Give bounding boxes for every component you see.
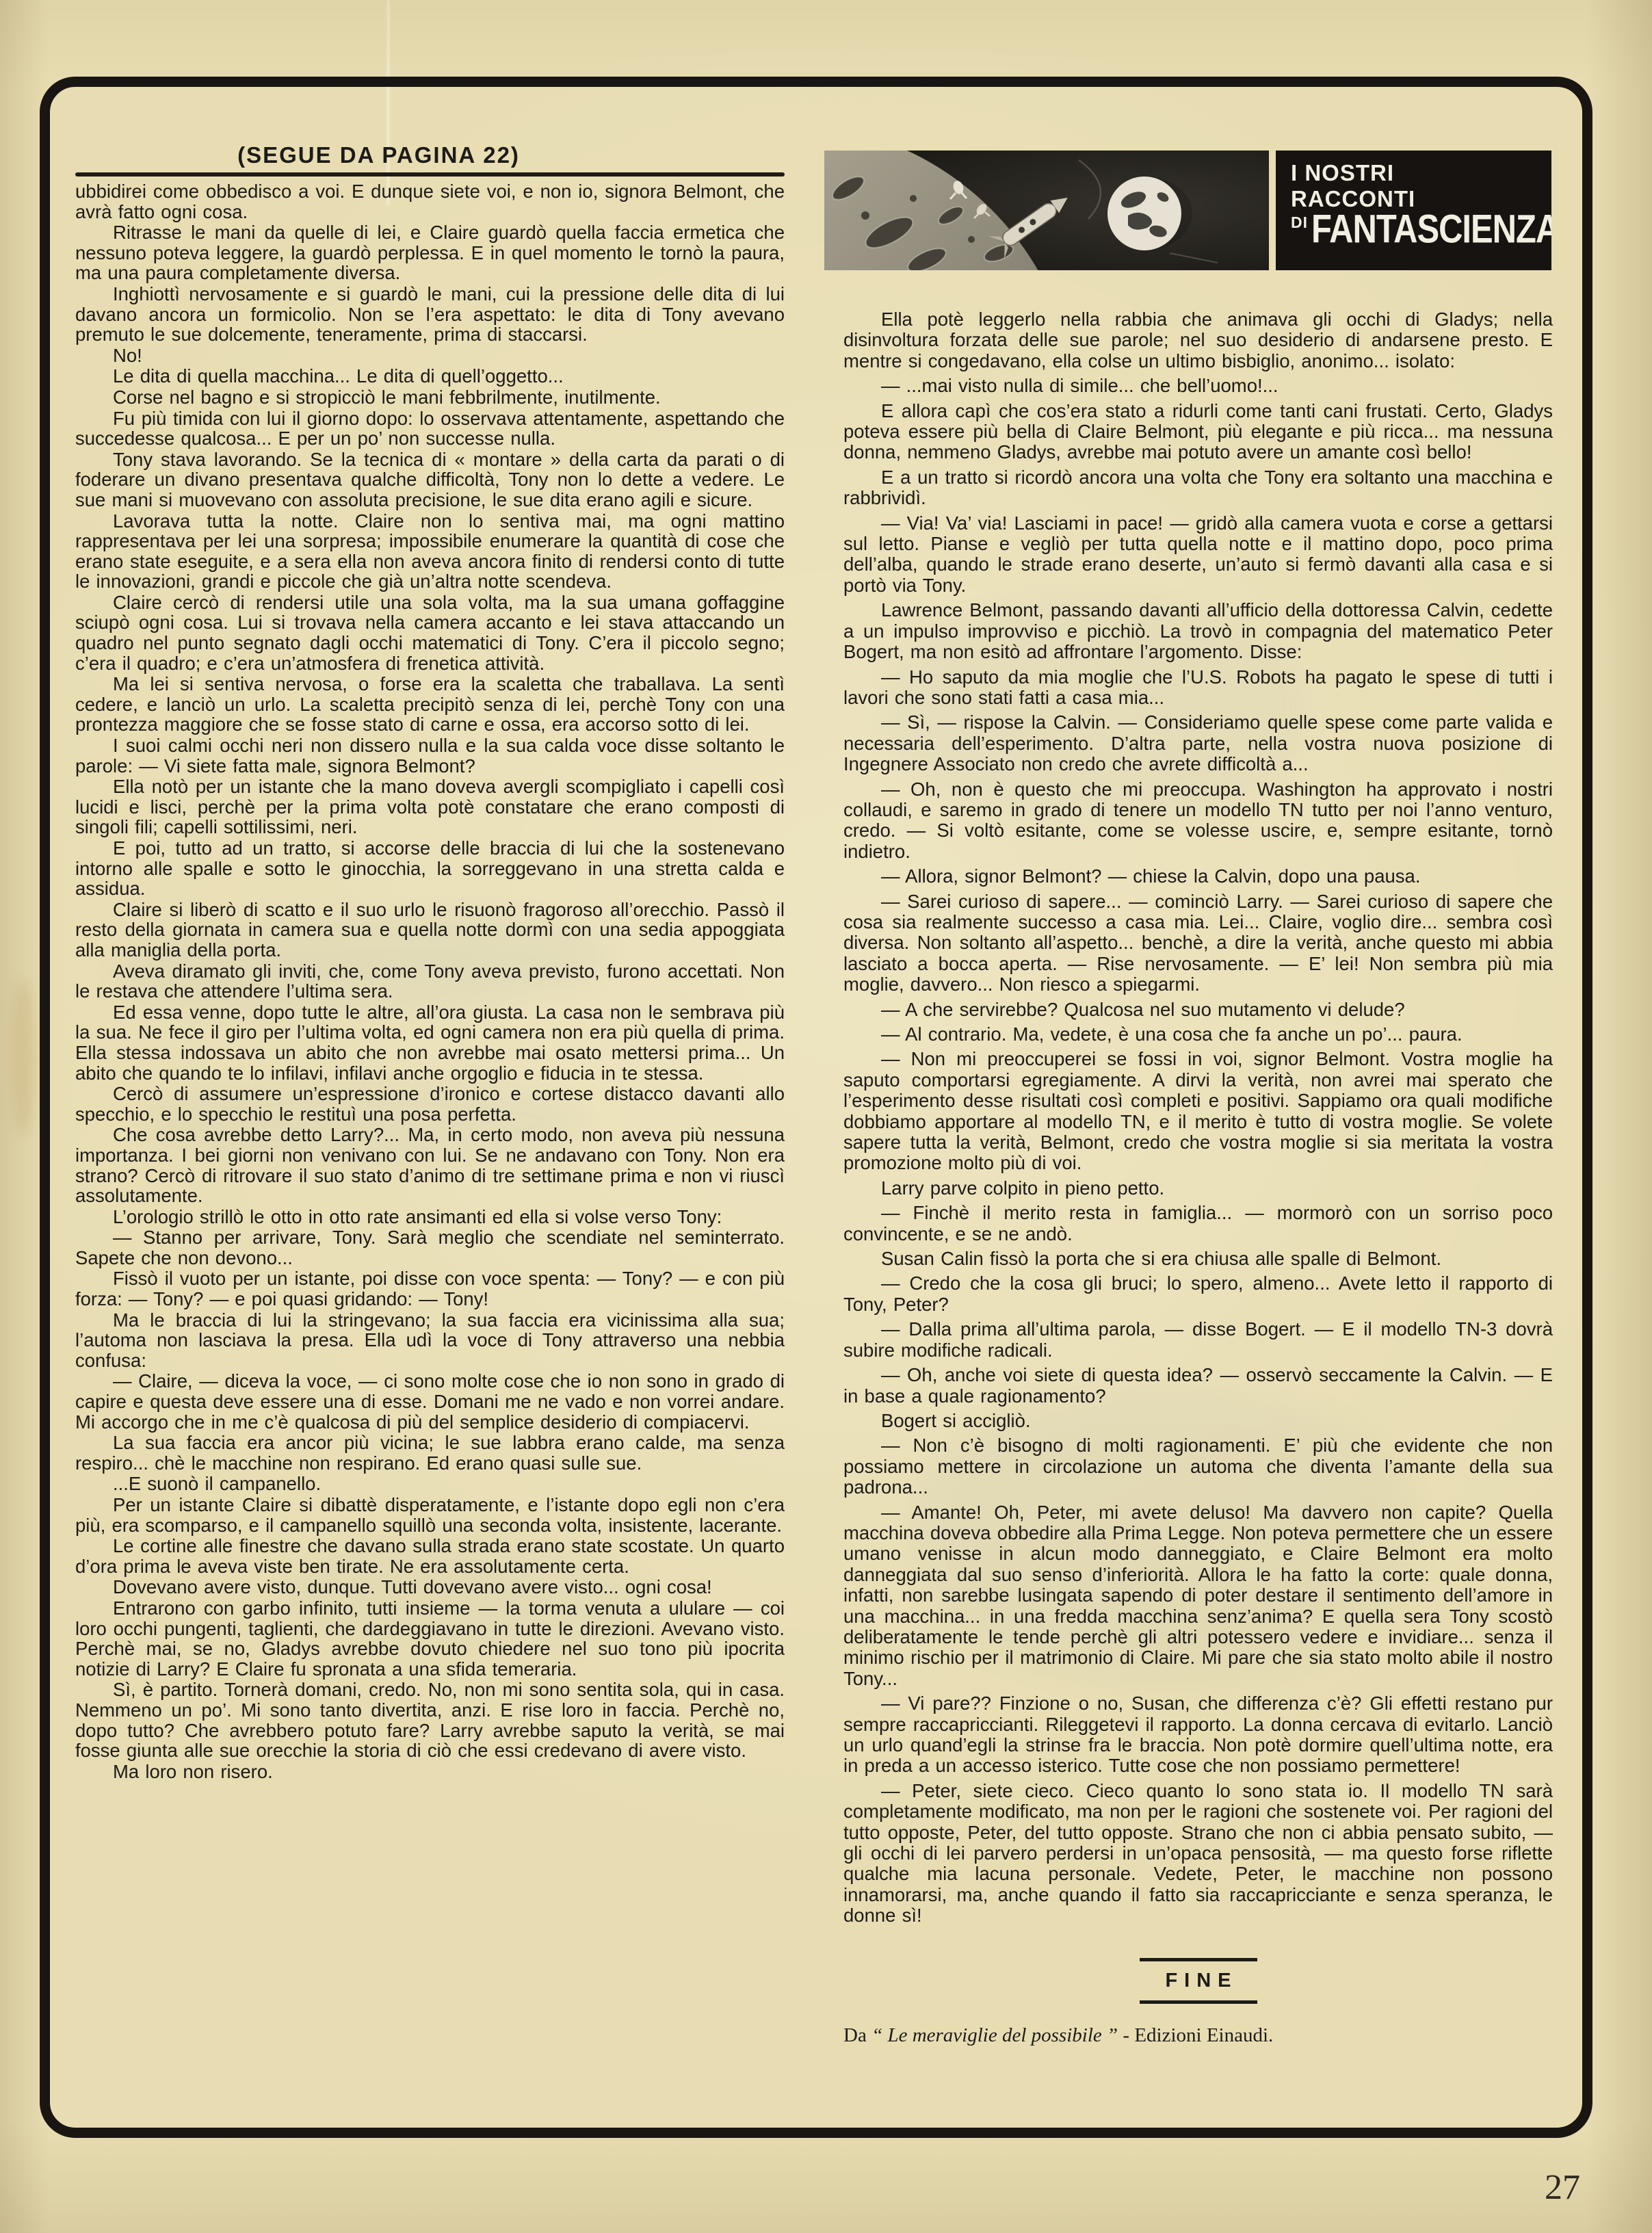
story-paragraph: No! (75, 345, 785, 366)
fantascienza-banner: I NOSTRI RACCONTI DIFANTASCIENZA (824, 151, 1551, 270)
story-paragraph: Per un istante Claire si dibattè dispera… (75, 1495, 785, 1535)
continuation-note: (SEGUE DA PAGINA 22) (75, 142, 785, 168)
story-paragraph: Larry parve colpito in pieno petto. (843, 1178, 1553, 1199)
banner-di: DI (1291, 213, 1308, 232)
column-left: ubbidirei come obbedisco a voi. E dunque… (75, 181, 785, 1781)
story-paragraph: Ma lei si sentiva nervosa, o forse era l… (75, 674, 785, 735)
story-paragraph: — Dalla prima all’ultima parola, — disse… (843, 1319, 1553, 1361)
story-paragraph: — Non mi preoccuperei se fossi in voi, s… (843, 1049, 1553, 1173)
story-paragraph: — Ho saputo da mia moglie che l’U.S. Rob… (843, 667, 1553, 709)
story-paragraph: L’orologio strillò le otto in otto rate … (75, 1207, 785, 1227)
story-paragraph: Bogert si accigliò. (843, 1411, 1553, 1431)
story-paragraph: Ma loro non risero. (75, 1762, 785, 1782)
story-paragraph: — Stanno per arrivare, Tony. Sarà meglio… (75, 1227, 785, 1268)
story-paragraph: Ella notò per un istante che la mano dov… (75, 776, 785, 837)
story-paragraph: — Credo che la cosa gli bruci; lo spero,… (843, 1273, 1553, 1315)
column-right: Ella potè leggerlo nella rabbia che anim… (843, 309, 1553, 2047)
attribution-prefix: Da (843, 2024, 867, 2046)
story-paragraph: Ed essa venne, dopo tutte le altre, all’… (75, 1002, 785, 1083)
story-paragraph: — Al contrario. Ma, vedete, è una cosa c… (843, 1024, 1553, 1045)
story-paragraph: Ella potè leggerlo nella rabbia che anim… (843, 309, 1553, 371)
story-paragraph: Le dita di quella macchina... Le dita di… (75, 366, 785, 387)
banner-title-line: DIFANTASCIENZA (1291, 213, 1551, 252)
banner-title-panel: I NOSTRI RACCONTI DIFANTASCIENZA (1276, 151, 1551, 270)
story-paragraph: — Finchè il merito resta in famiglia... … (843, 1203, 1553, 1244)
story-paragraph: Claire cercò di rendersi utile una sola … (75, 592, 785, 673)
story-paragraph: Sì, è partito. Tornerà domani, credo. No… (75, 1680, 785, 1760)
story-paragraph: — Sarei curioso di sapere... — cominciò … (843, 891, 1553, 995)
story-paragraph: Inghiottì nervosamente e si guardò le ma… (75, 284, 785, 345)
story-paragraph: Susan Calin fissò la porta che si era ch… (843, 1249, 1553, 1269)
ending-block: FINE (843, 1958, 1553, 2004)
header-rule (75, 172, 785, 177)
story-paragraph: Entrarono con garbo infinito, tutti insi… (75, 1598, 785, 1679)
story-paragraph: La sua faccia era ancor più vicina; le s… (75, 1433, 785, 1473)
page-number: 27 (1545, 2167, 1580, 2208)
story-paragraph: Fu più timida con lui il giorno dopo: lo… (75, 408, 785, 449)
story-paragraph: E poi, tutto ad un tratto, si accorse de… (75, 838, 785, 899)
ending-rule-top (1140, 1958, 1257, 1961)
story-paragraph: — ...mai visto nulla di simile... che be… (843, 376, 1553, 396)
story-paragraph: E a un tratto si ricordò ancora una volt… (843, 467, 1553, 509)
story-paragraph: — Vi pare?? Finzione o no, Susan, che di… (843, 1693, 1553, 1777)
story-paragraph: Lawrence Belmont, passando davanti all’u… (843, 600, 1553, 662)
story-paragraph: E allora capì che cos’era stato a ridurl… (843, 401, 1553, 463)
magazine-page: (SEGUE DA PAGINA 22) (0, 0, 1652, 2233)
story-paragraph: Cercò di assumere un’espressione d’ironi… (75, 1084, 785, 1124)
story-paragraph: Fissò il vuoto per un istante, poi disse… (75, 1268, 785, 1309)
story-paragraph: Ritrasse le mani da quelle di lei, e Cla… (75, 222, 785, 283)
space-illustration (824, 151, 1269, 270)
story-paragraph: I suoi calmi occhi neri non dissero null… (75, 735, 785, 776)
story-paragraph: Dovevano avere visto, dunque. Tutti dove… (75, 1577, 785, 1597)
paper-stain (12, 978, 36, 1136)
story-paragraph: Aveva diramato gli inviti, che, come Ton… (75, 961, 785, 1002)
ending-label: FINE (843, 1970, 1553, 1992)
banner-photo (824, 151, 1269, 270)
story-paragraph: Ma le braccia di lui la stringevano; la … (75, 1310, 785, 1371)
story-paragraph: ubbidirei come obbedisco a voi. E dunque… (75, 181, 785, 222)
story-paragraph: — A che servirebbe? Qualcosa nel suo mut… (843, 1000, 1553, 1020)
story-paragraph: — Via! Va’ via! Lasciami in pace! — grid… (843, 513, 1553, 597)
story-paragraph: — Oh, anche voi siete di questa idea? — … (843, 1365, 1553, 1407)
story-paragraph: Corse nel bagno e si stropicciò le mani … (75, 387, 785, 408)
attribution-title: “ Le meraviglie del possibile ” (871, 2024, 1118, 2046)
story-paragraph: — Oh, non è questo che mi preoccupa. Was… (843, 779, 1553, 863)
story-paragraph: — Non c’è bisogno di molti ragionamenti.… (843, 1435, 1553, 1498)
story-paragraph: Tony stava lavorando. Se la tecnica di «… (75, 449, 785, 510)
story-paragraph: ...E suonò il campanello. (75, 1474, 785, 1494)
story-paragraph: Lavorava tutta la notte. Claire non lo s… (75, 511, 785, 592)
story-paragraph: — Sì, — rispose la Calvin. — Consideriam… (843, 712, 1553, 774)
story-paragraph: — Claire, — diceva la voce, — ci sono mo… (75, 1371, 785, 1432)
story-paragraph: Claire si liberò di scatto e il suo urlo… (75, 900, 785, 961)
story-paragraph: Le cortine alle finestre che davano sull… (75, 1536, 785, 1576)
banner-kicker-line1: I NOSTRI (1291, 160, 1551, 186)
story-paragraph: — Amante! Oh, Peter, mi avete deluso! Ma… (843, 1502, 1553, 1690)
ending-rule-bottom (1140, 2000, 1257, 2004)
attribution-publisher: - Edizioni Einaudi. (1123, 2024, 1273, 2046)
banner-title: FANTASCIENZA (1311, 207, 1551, 252)
source-attribution: Da “ Le meraviglie del possibile ” - Edi… (843, 2024, 1553, 2047)
story-paragraph: Che cosa avrebbe detto Larry?... Ma, in … (75, 1125, 785, 1205)
story-paragraph: — Allora, signor Belmont? — chiese la Ca… (843, 866, 1553, 887)
story-paragraph: — Peter, siete cieco. Cieco quanto lo so… (843, 1781, 1553, 1927)
